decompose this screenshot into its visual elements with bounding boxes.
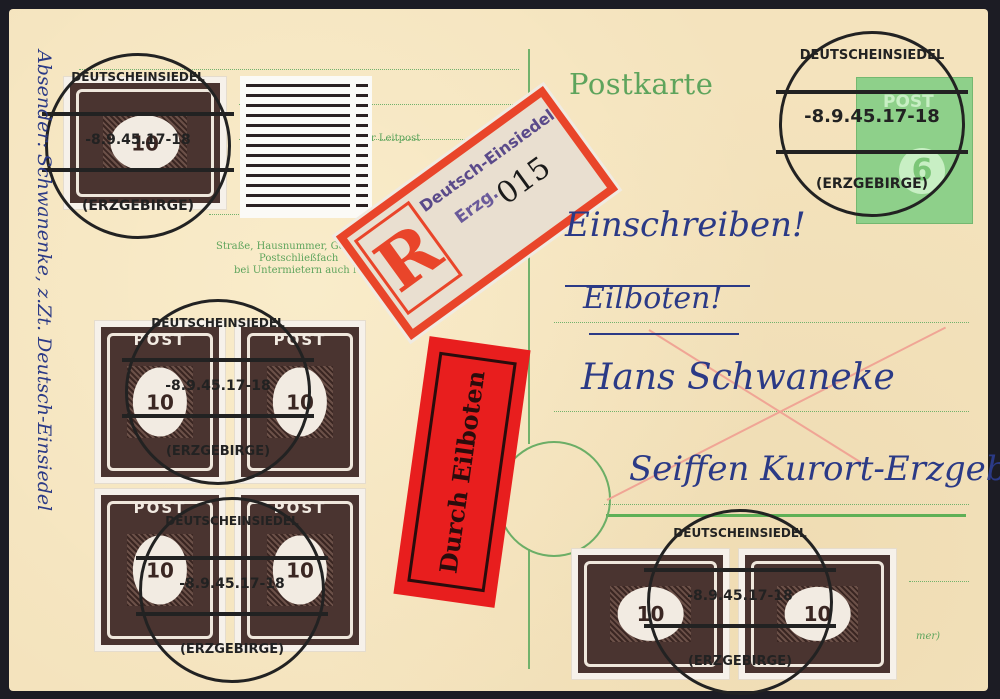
handwritten-eilboten: Eilboten!	[583, 281, 723, 316]
registration-letter: R	[354, 201, 463, 315]
address-underline	[606, 514, 966, 517]
postmark-town: DEUTSCHEINSIEDEL	[142, 514, 322, 528]
express-label: Durch Eilboten	[393, 336, 530, 608]
address-line	[604, 504, 969, 505]
postmark-region: (ERZGEBIRGE)	[782, 176, 962, 192]
postcard: Postkarte er Leitpost Straße, Hausnummer…	[9, 9, 988, 691]
postmark-town: DEUTSCHEINSIEDEL	[650, 526, 830, 540]
handwritten-addressee: Hans Schwaneke	[581, 357, 895, 398]
postmark-block-upper: DEUTSCHEINSIEDEL -8.9.45.17-18 (ERZGEBIR…	[125, 299, 311, 485]
postmark-region: (ERZGEBIRGE)	[128, 444, 308, 459]
postmark-date: -8.9.45.17-18	[48, 132, 228, 148]
sender-form-line-2: Postschließfach	[259, 253, 338, 264]
stamp-selvage	[240, 76, 372, 218]
handwritten-sender: Absender: Schwanenke, z.Zt. Deutsch-Eins…	[33, 50, 55, 610]
postkarte-title: Postkarte	[569, 67, 713, 101]
handwritten-underline	[589, 333, 739, 335]
mer-text: mer)	[916, 631, 940, 642]
divider-line-bottom	[528, 549, 530, 669]
postmark-region: (ERZGEBIRGE)	[142, 642, 322, 657]
postmark-top-right: DEUTSCHEINSIEDEL -8.9.45.17-18 (ERZGEBIR…	[779, 31, 965, 217]
postmark-bottom-right: DEUTSCHEINSIEDEL -8.9.45.17-18 (ERZGEBIR…	[647, 509, 833, 695]
postmark-date: -8.9.45.17-18	[128, 378, 308, 394]
address-line	[554, 411, 969, 412]
postmark-date: -8.9.45.17-18	[650, 588, 830, 604]
postmark-block-lower: DEUTSCHEINSIEDEL -8.9.45.17-18 (ERZGEBIR…	[139, 497, 325, 683]
postmark-top-left: DEUTSCHEINSIEDEL -8.9.45.17-18 (ERZGEBIR…	[45, 53, 231, 239]
postmark-region: (ERZGEBIRGE)	[48, 198, 228, 214]
leitpost-text: er Leitpost	[365, 133, 420, 144]
postmark-town: DEUTSCHEINSIEDEL	[128, 316, 308, 330]
address-line	[909, 581, 969, 582]
postmark-town: DEUTSCHEINSIEDEL	[782, 48, 962, 63]
handwritten-einschreiben: Einschreiben!	[565, 205, 806, 245]
postmark-town: DEUTSCHEINSIEDEL	[48, 70, 228, 84]
postmark-date: -8.9.45.17-18	[142, 576, 322, 592]
postmark-date: -8.9.45.17-18	[782, 106, 962, 127]
handwritten-address: Seiffen Kurort-Erzgeb.	[629, 449, 1000, 489]
address-line	[554, 322, 969, 323]
postmark-region: (ERZGEBIRGE)	[650, 654, 830, 669]
